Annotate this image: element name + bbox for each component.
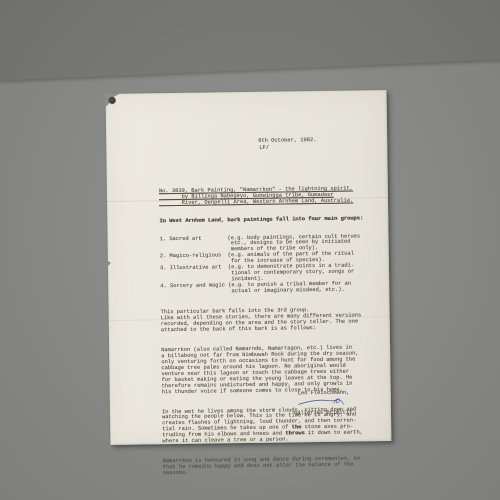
punch-hole [109,97,116,104]
typed-letter-paper: 6th October, 1982. LF/ No. 3839, Bark Pa… [106,90,392,445]
paragraph-dry-season-story: Namarrkon (also called Namarnde, Namarra… [161,345,365,395]
gallery-name: Galleries Primitif [294,411,352,418]
edge-nick [107,260,111,267]
groups-intro-line: In West Arnhem Land, bark paintings fall… [159,216,363,225]
groups-list: 1. Sacred art (e.g. body paintings, cert… [160,234,365,296]
signature-stroke-icon [298,395,348,411]
photo-background: 6th October, 1982. LF/ No. 3839, Bark Pa… [0,0,500,500]
paragraph-ceremony: Namarrkon is honoured in song and dance … [163,457,367,478]
paragraph-classification: This particular bark falls into the 3rd … [161,307,365,334]
typist-reference: LF/ [259,145,269,151]
background-shadow-band [0,0,500,81]
handwritten-signature [298,395,348,411]
letter-heading: No. 3839, Bark Painting, "Namarrkon" - t… [159,186,363,207]
